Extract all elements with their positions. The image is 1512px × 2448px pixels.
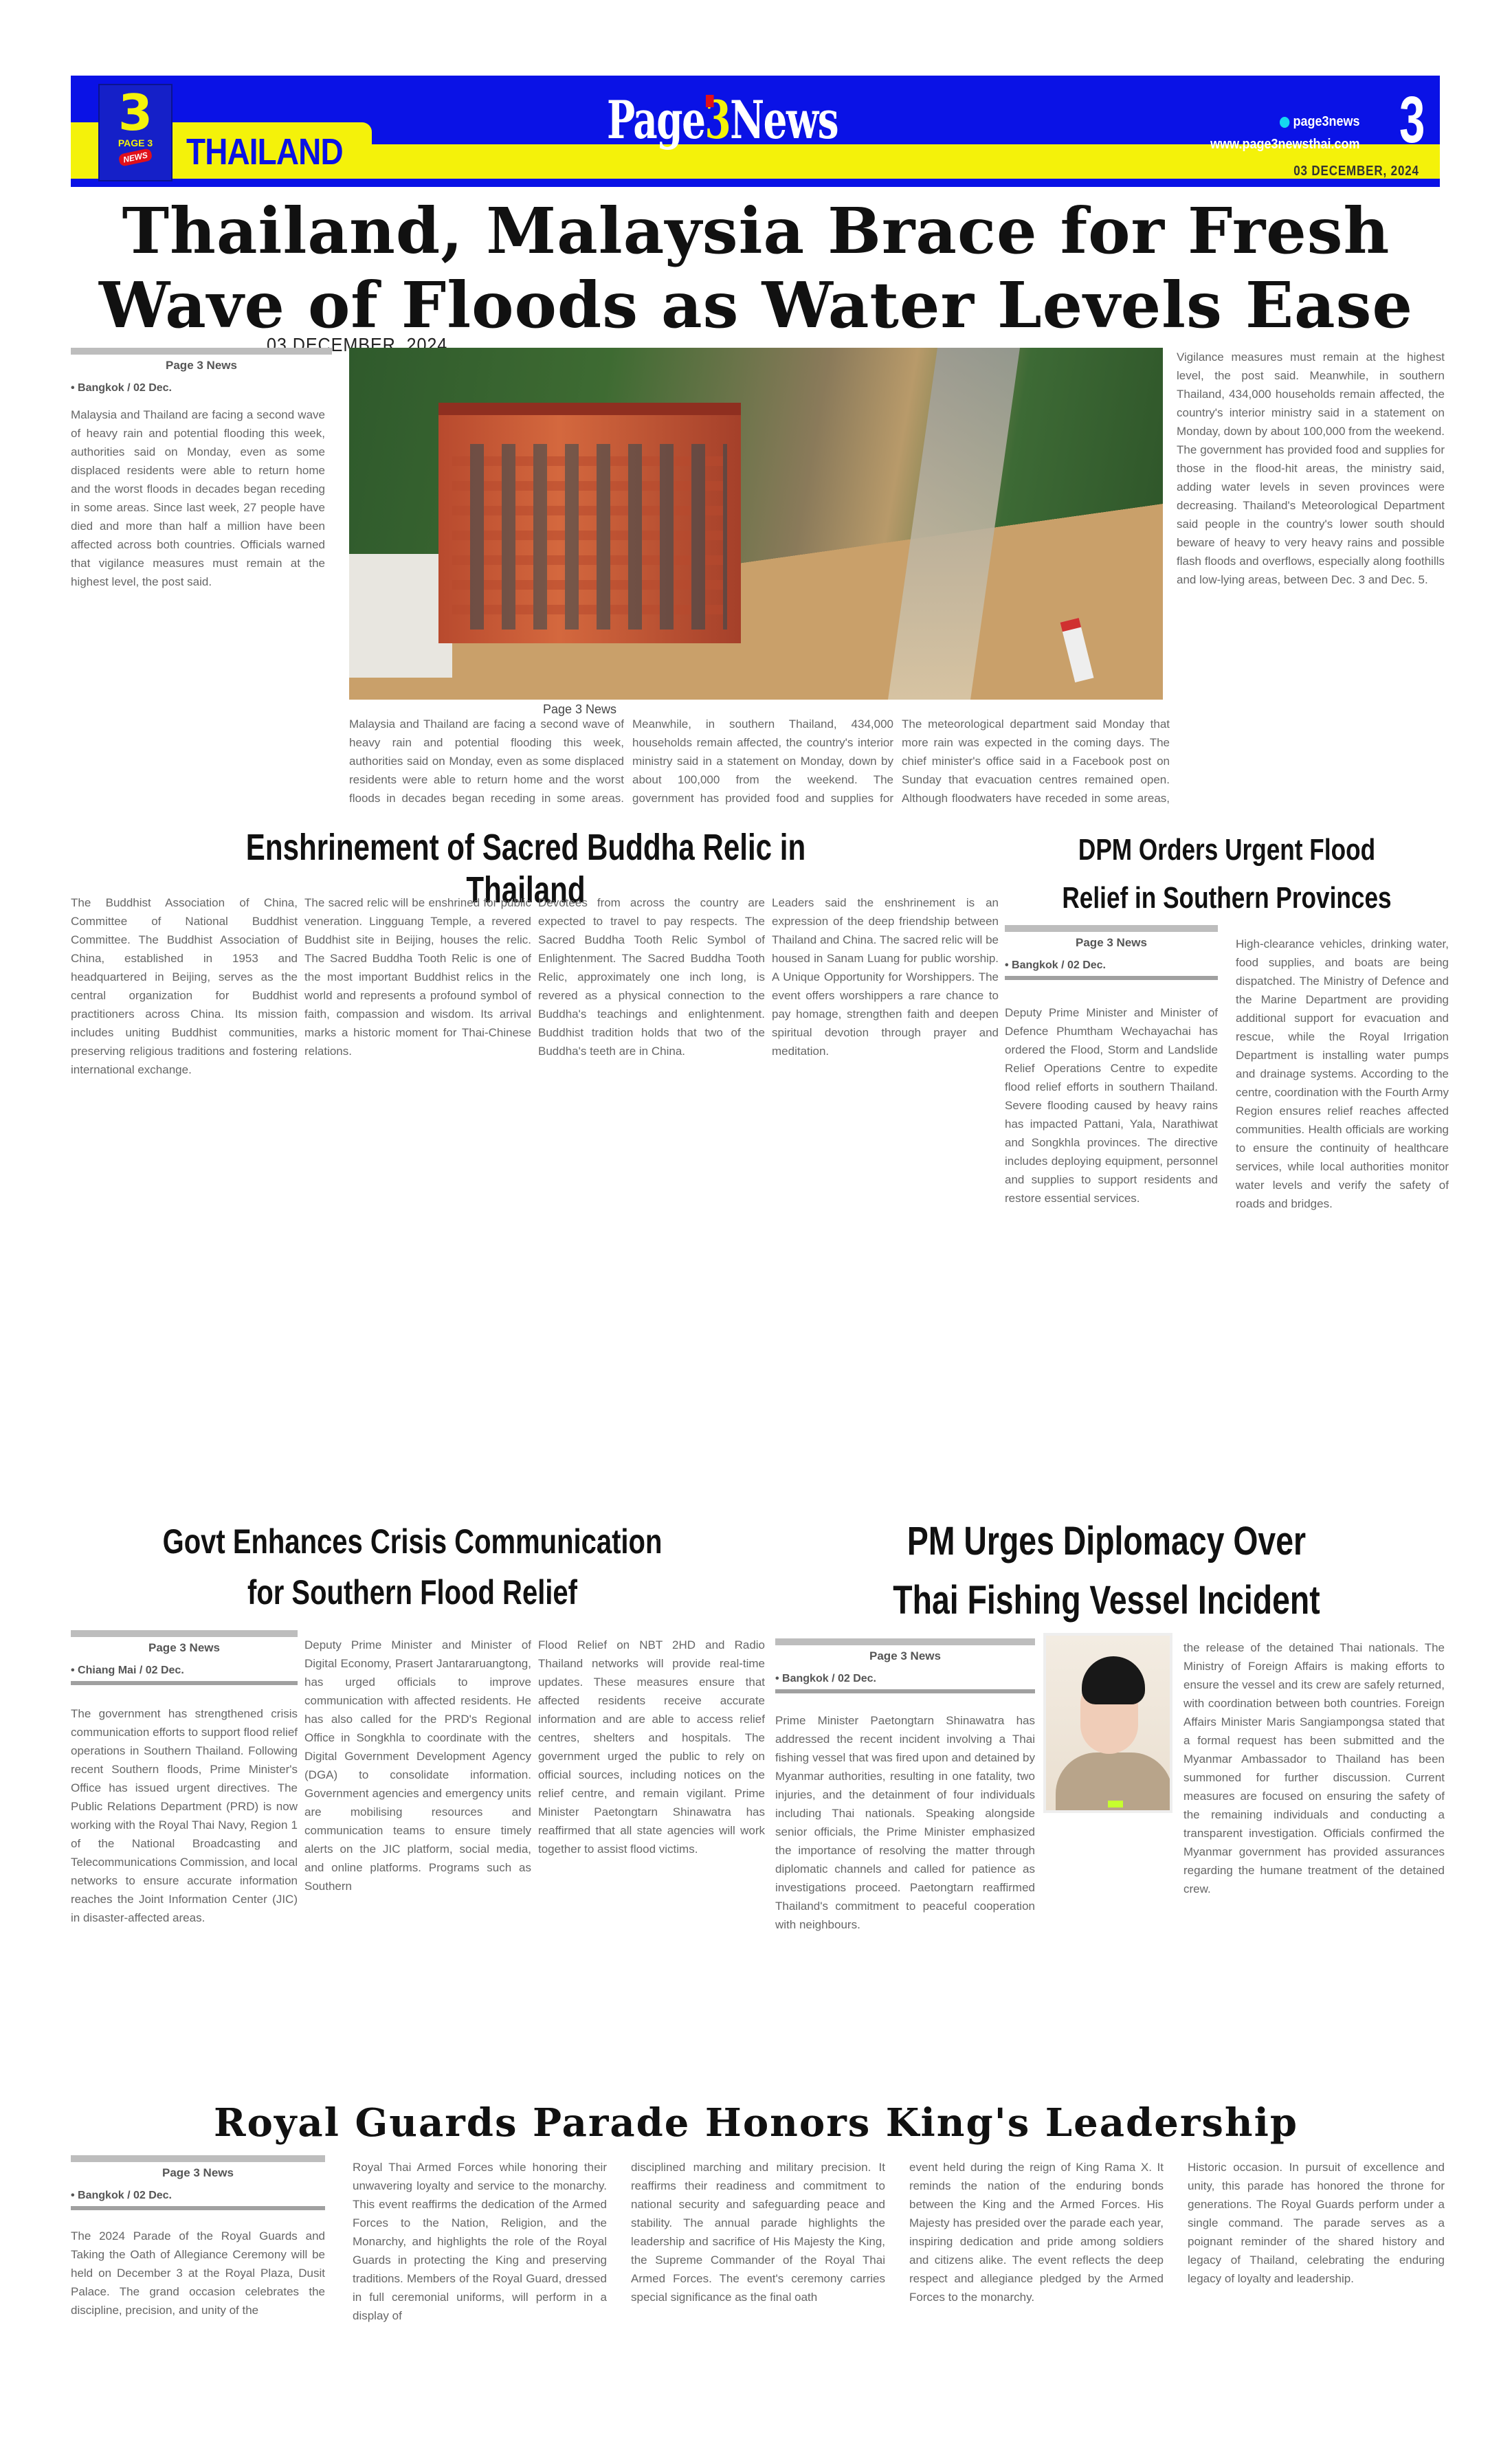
dpm-column-2: High-clearance vehicles, drinking water,…	[1236, 935, 1449, 1498]
dpm-col2-text: High-clearance vehicles, drinking water,…	[1236, 935, 1449, 1213]
lead-column-5: Vigilance measures must remain at the hi…	[1177, 348, 1445, 808]
byline-source: Page 3 News	[71, 1641, 298, 1655]
royal-col4-text: event held during the reign of King Rama…	[909, 2158, 1164, 2306]
relic-column-3: Devotees from across the country are exp…	[538, 893, 765, 1498]
masthead: 3 PAGE 3 NEWS THAILAND Page3News page3ne…	[71, 76, 1440, 187]
dpm-headline-line1: DPM Orders Urgent Flood	[1048, 826, 1405, 874]
byline-dateline: • Bangkok / 02 Dec.	[775, 1673, 1035, 1685]
lead-headline-line1: Thailand, Malaysia Brace for Fresh	[76, 194, 1436, 268]
flood-photo	[349, 348, 1163, 700]
pm-col1-text: Prime Minister Paetongtarn Shinawatra ha…	[775, 1711, 1035, 1934]
lead-col1-text: Malaysia and Thailand are facing a secon…	[71, 405, 325, 591]
website-url[interactable]: www.page3newsthai.com	[1211, 137, 1360, 153]
royal-byline: Page 3 News • Bangkok / 02 Dec.	[71, 2155, 325, 2210]
byline-rule	[775, 1638, 1035, 1645]
byline-dateline: • Bangkok / 02 Dec.	[1005, 959, 1218, 972]
lead-col4-text: The meteorological department said Monda…	[902, 715, 1170, 811]
relic-col1-text: The Buddhist Association of China, Commi…	[71, 893, 298, 1079]
byline-rule-bottom	[71, 1681, 298, 1685]
lead-headline: Thailand, Malaysia Brace for Fresh Wave …	[76, 194, 1436, 342]
byline-dateline: • Bangkok / 02 Dec.	[71, 2190, 325, 2202]
lead-column-3: Malaysia and Thailand are facing a secon…	[349, 715, 624, 811]
relic-col2-text: The sacred relic will be enshrined for p…	[304, 893, 531, 1060]
lead-col3-text: Malaysia and Thailand are facing a secon…	[349, 715, 624, 811]
photo-pm-badge	[1108, 1801, 1123, 1807]
photo-building-windows	[452, 444, 727, 630]
govt-column-2: Deputy Prime Minister and Minister of Di…	[304, 1636, 531, 2089]
lead-byline: Page 3 News • Bangkok / 02 Dec.	[71, 348, 332, 399]
social-dot-icon	[1280, 117, 1289, 128]
byline-source: Page 3 News	[71, 2166, 325, 2180]
govt-headline: Govt Enhances Crisis Communication for S…	[137, 1516, 687, 1618]
relic-column-1: The Buddhist Association of China, Commi…	[71, 893, 298, 1498]
byline-source: Page 3 News	[775, 1649, 1035, 1663]
byline-rule	[71, 348, 332, 355]
lead-column-2: Meanwhile, in southern Thailand, 434,000…	[632, 715, 893, 811]
pm-column-2: the release of the detained Thai nationa…	[1183, 1638, 1445, 2089]
relic-col3-text: Devotees from across the country are exp…	[538, 893, 765, 1060]
photo-truck	[1060, 618, 1094, 682]
byline-rule-bottom	[1005, 976, 1218, 980]
relic-col4-text: Leaders said the enshrinement is an expr…	[772, 893, 999, 1060]
royal-column-5: Historic occasion. In pursuit of excelle…	[1188, 2158, 1445, 2433]
lead-col5-text: Vigilance measures must remain at the hi…	[1177, 348, 1445, 589]
govt-headline-line2: for Southern Flood Relief	[137, 1567, 687, 1618]
royal-headline: Royal Guards Parade Honors King's Leader…	[137, 2100, 1375, 2146]
byline-source: Page 3 News	[71, 359, 332, 372]
royal-column-1: The 2024 Parade of the Royal Guards and …	[71, 2227, 325, 2433]
edition-label: THAILAND	[186, 131, 343, 173]
dpm-col1-text: Deputy Prime Minister and Minister of De…	[1005, 1003, 1218, 1208]
lead-column-4: The meteorological department said Monda…	[902, 715, 1170, 811]
pm-headline: PM Urges Diplomacy Over Thai Fishing Ves…	[837, 1512, 1376, 1630]
byline-dateline: • Bangkok / 02 Dec.	[71, 382, 332, 394]
logo-number: 3	[100, 88, 171, 137]
dpm-headline-line2: Relief in Southern Provinces	[1048, 874, 1405, 922]
relic-column-4: Leaders said the enshrinement is an expr…	[772, 893, 999, 1498]
pm-headline-line2: Thai Fishing Vessel Incident	[837, 1571, 1376, 1630]
govt-col3-text: Flood Relief on NBT 2HD and Radio Thaila…	[538, 1636, 765, 1858]
byline-rule	[71, 1630, 298, 1637]
royal-col3-text: disciplined marching and military precis…	[631, 2158, 885, 2306]
logo-subtitle: PAGE 3	[100, 137, 171, 148]
govt-byline: Page 3 News • Chiang Mai / 02 Dec.	[71, 1630, 298, 1685]
page-number: 3	[1399, 82, 1425, 158]
social-handle[interactable]: page3news	[1293, 114, 1360, 129]
lead-column-1: Malaysia and Thailand are facing a secon…	[71, 405, 325, 804]
photo-parking-lot	[349, 554, 452, 678]
brand-left: Page	[607, 89, 704, 151]
masthead-date: 03 DECEMBER, 2024	[1293, 164, 1419, 179]
dpm-column-1: Deputy Prime Minister and Minister of De…	[1005, 1003, 1218, 1498]
dpm-byline: Page 3 News • Bangkok / 02 Dec.	[1005, 925, 1218, 980]
brand-number: 3	[704, 89, 730, 151]
social-links: page3news www.page3newsthai.com	[1211, 114, 1360, 153]
royal-column-3: disciplined marching and military precis…	[631, 2158, 885, 2433]
royal-col5-text: Historic occasion. In pursuit of excelle…	[1188, 2158, 1445, 2288]
govt-column-1: The government has strengthened crisis c…	[71, 1704, 298, 2089]
lead-headline-line2: Wave of Floods as Water Levels Ease	[76, 268, 1436, 342]
relic-column-2: The sacred relic will be enshrined for p…	[304, 893, 531, 1498]
royal-column-2: Royal Thai Armed Forces while honoring t…	[353, 2158, 607, 2433]
masthead-bottom-rule	[71, 179, 1440, 187]
byline-dateline: • Chiang Mai / 02 Dec.	[71, 1665, 298, 1677]
logo-news-badge: NEWS	[118, 148, 153, 167]
photo-road	[888, 348, 1020, 700]
byline-rule-bottom	[71, 2206, 325, 2210]
govt-column-3: Flood Relief on NBT 2HD and Radio Thaila…	[538, 1636, 765, 2089]
dpm-headline: DPM Orders Urgent Flood Relief in Southe…	[1048, 826, 1405, 922]
byline-source: Page 3 News	[1005, 936, 1218, 950]
pm-col2-text: the release of the detained Thai nationa…	[1183, 1638, 1445, 1898]
lead-col2-text: Meanwhile, in southern Thailand, 434,000…	[632, 715, 893, 811]
pm-byline: Page 3 News • Bangkok / 02 Dec.	[775, 1638, 1035, 1693]
byline-rule	[71, 2155, 325, 2162]
brand-right: News	[730, 89, 838, 151]
govt-col2-text: Deputy Prime Minister and Minister of Di…	[304, 1636, 531, 1895]
brand-wordmark[interactable]: Page3News	[607, 89, 838, 151]
byline-rule-bottom	[775, 1689, 1035, 1693]
royal-col2-text: Royal Thai Armed Forces while honoring t…	[353, 2158, 607, 2325]
page3-logo[interactable]: 3 PAGE 3 NEWS	[98, 84, 173, 181]
byline-rule	[1005, 925, 1218, 932]
govt-headline-line1: Govt Enhances Crisis Communication	[137, 1516, 687, 1567]
photo-pm-hair	[1082, 1656, 1145, 1704]
pm-headline-line1: PM Urges Diplomacy Over	[837, 1512, 1376, 1571]
govt-col1-text: The government has strengthened crisis c…	[71, 1704, 298, 1927]
royal-col1-text: The 2024 Parade of the Royal Guards and …	[71, 2227, 325, 2319]
pm-column-1: Prime Minister Paetongtarn Shinawatra ha…	[775, 1711, 1035, 2089]
pm-portrait-photo	[1043, 1633, 1172, 1813]
royal-column-4: event held during the reign of King Rama…	[909, 2158, 1164, 2433]
